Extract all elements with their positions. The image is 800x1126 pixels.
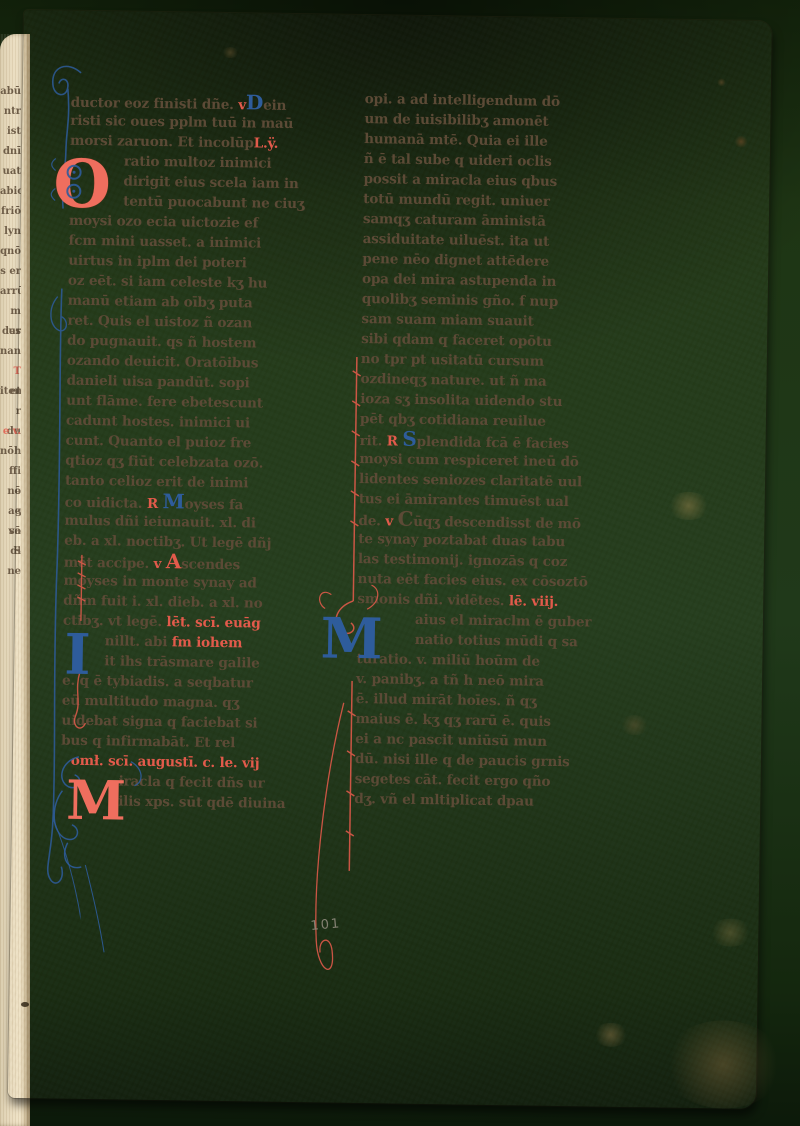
body-text: mēt accipe. [64, 555, 154, 572]
body-text: tus ei āmirantes timuēst ual [359, 491, 569, 510]
rubric-text: R [387, 433, 403, 449]
text-line: uat [0, 162, 21, 182]
body-text: nuta eēt facies eius. ex cōsoztō [357, 571, 587, 590]
decorated-initial-m-right: M [320, 610, 379, 667]
body-text: ist [7, 126, 21, 137]
body-text: turatio. v. miliū hoūm de [356, 651, 540, 670]
body-text: manū etiam ab oībʒ puta [68, 293, 253, 312]
body-text: dʒ. vñ el mltiplicat dpau [354, 791, 534, 810]
body-text: aius el miraclm ē guber [415, 612, 592, 631]
body-text: dirigit eius scela iam in [123, 173, 298, 192]
body-text: ioza sʒ insolita uidendo stu [360, 391, 562, 410]
body-text: ilis xps. sūt qdē diuina [118, 793, 285, 811]
rubric-text: lē. viij. [509, 593, 559, 610]
body-text: abū [0, 86, 21, 97]
photo-background: abūntristdnīuatabicfriōlynqnōs erarrūm u… [0, 0, 800, 1126]
body-text: ratio multoz inimici [124, 153, 272, 171]
stain [221, 47, 239, 58]
body-text: ntr [4, 106, 21, 117]
body-text: no tpr pt usitatū cursum [361, 351, 544, 370]
text-line: des [0, 322, 21, 342]
stain [663, 1020, 784, 1110]
body-text: ñ ē tal sube q uideri oclis [364, 151, 552, 170]
body-text: quolibʒ seminis gño. f nup [362, 291, 559, 310]
initial-o-letter: O [53, 144, 112, 223]
body-text: moyses in monte synay ad [63, 573, 256, 592]
decorated-initial-o: O [53, 150, 111, 217]
body-text: it ihs trāsmare galile [104, 653, 260, 671]
body-text: totū mundū regit. uniuer [363, 191, 550, 210]
body-text: arrū [0, 286, 21, 297]
body-text: dñm fuit i. xl. dieb. a xl. no [63, 593, 263, 612]
body-text: pēt qbʒ cotidiana reuilue [360, 411, 546, 430]
body-text: moysi cum respiceret ineū dō [359, 451, 579, 470]
body-text: mulus dñi ieiunauit. xl. di [64, 513, 256, 532]
body-text: de. [358, 513, 385, 529]
body-text: sibi qdam q faceret opōtu [361, 331, 552, 350]
body-text: tentū puocabunt ne ciuʒ [123, 193, 304, 212]
body-text: ē. illud mirāt hoīes. ñ qʒ [356, 691, 537, 710]
body-text: scendes [181, 556, 240, 573]
body-text: qtioz qʒ fiūt celebzata ozō. [65, 453, 263, 472]
body-text: ret. Quis el uistoz ñ ozan [67, 313, 252, 332]
body-text: ei a nc pascit uniūsū mun [355, 731, 547, 750]
body-text: um de iuisibilibʒ amonēt [364, 111, 548, 130]
body-text: unt flāme. fere ebetescunt [66, 393, 263, 412]
stain [593, 1023, 629, 1048]
inline-initial: M [162, 489, 184, 513]
rubric-text: L.ÿ. [254, 135, 279, 151]
body-text: co uidicta. [65, 495, 147, 512]
body-text: v. panibʒ. a tñ h neō mira [356, 671, 544, 690]
dust-speck [21, 1002, 29, 1007]
stain [708, 918, 752, 947]
body-text: abic [0, 186, 21, 197]
text-line: abic [0, 182, 21, 202]
body-text: cunt. Quanto el puioz fre [65, 433, 251, 452]
body-text: maius ē. kʒ qʒ rarū ē. quis [355, 711, 550, 730]
body-text: humanā mtē. Quia ei ille [364, 131, 548, 150]
body-text: pene nēo dignet attēdere [362, 251, 549, 270]
body-text: iracla q fecit dñs ur [118, 773, 264, 791]
text-line: abū [0, 82, 21, 102]
body-text: uat [3, 166, 21, 177]
body-text: oyses fa [184, 496, 243, 513]
body-text: C [397, 507, 413, 531]
rubric-text: v [153, 556, 165, 572]
rubric-text: R [147, 496, 163, 512]
text-line: dʒ. vñ el mltiplicat dpau [354, 789, 664, 814]
decorated-initial-m-left: M [66, 773, 123, 828]
body-text: las testimonij. ignozās q coz [358, 551, 568, 570]
body-text: ein [263, 98, 286, 114]
body-text: possit a miracla eius qbus [363, 171, 557, 190]
body-text: sam suam miam suauit [361, 311, 533, 330]
text-line: friō [0, 202, 21, 222]
body-text: fcm mini uasset. a inimici [68, 233, 261, 252]
body-text: cadunt hostes. inimici ui [66, 413, 250, 432]
body-text: uidebat signa q faciebat si [61, 713, 257, 732]
inline-initial: S [402, 427, 417, 451]
text-line: ist [0, 122, 21, 142]
rubric-text: fm iohem [172, 634, 243, 651]
text-line: s er [0, 262, 21, 282]
body-text: natio totius mūdi q sa [415, 632, 578, 650]
body-text: friō [1, 206, 21, 217]
body-text: segetes cāt. fecit ergo qño [355, 771, 551, 790]
body-text: assiduitate uiluēst. ita ut [363, 231, 550, 250]
body-text: nan [0, 346, 21, 357]
body-text: qnō [0, 246, 21, 257]
body-text: dnī [3, 146, 21, 157]
body-text: nillt. abi [105, 633, 172, 650]
folio-number-pencil: 101 [310, 916, 342, 934]
body-text: opi. a ad intelligendum dō [365, 91, 560, 110]
body-text: te synay poztabat duas tabu [358, 531, 565, 550]
rubric-text: v [385, 513, 397, 529]
stain [734, 136, 748, 148]
body-text: risti sic oues pplm tuū in maū [70, 113, 293, 132]
text-line: qnō [0, 242, 21, 262]
stain [717, 78, 726, 86]
body-text: tanto celioz erit de inimi [65, 473, 248, 492]
text-line: arrū [0, 282, 21, 302]
body-text: opa dei mira astupenda in [362, 271, 556, 290]
body-text: e. q ē tybiadis. a seqbatur [62, 673, 253, 692]
text-line: m ur [0, 302, 21, 322]
text-line: ntr [0, 102, 21, 122]
rubric-text: A [166, 549, 182, 573]
body-text: do pugnauit. qs ñ hostem [67, 333, 257, 352]
rubric-text: lēt. scī. euāg [166, 614, 260, 631]
body-text: samqʒ caturam āministā [363, 211, 546, 230]
inline-initial: D [246, 90, 264, 114]
text-line: lyn [0, 222, 21, 242]
body-text: danieli uisa pandūt. sopi [66, 373, 249, 392]
body-text: des [2, 326, 21, 337]
body-text: lyn [4, 226, 21, 237]
manuscript-page: ductor eoz finisti dñe. vDeinristi sic o… [8, 10, 772, 1109]
body-text: ozando deuicit. Oratōibus [67, 353, 259, 372]
body-text: dū. nisi ille q de paucis grnis [355, 751, 570, 770]
body-text: rit. [360, 433, 387, 449]
right-text-column: opi. a ad intelligendum dōum de iuisibil… [354, 89, 675, 814]
body-text: lidentes seniozes claritatē uul [359, 471, 582, 490]
decorated-initial-i: I [64, 627, 91, 683]
body-text: ozdineqʒ nature. ut ñ ma [360, 371, 546, 390]
body-text: bus q infirmabāt. Et rel [61, 733, 235, 752]
body-text: uirtus in iplm dei poteri [68, 253, 247, 272]
body-text: eū multitudo magna. qʒ [62, 693, 240, 712]
body-text: smonis dñi. vidētes. [357, 591, 509, 609]
text-line: dnī [0, 142, 21, 162]
body-text: s er [0, 266, 21, 277]
body-text: oz eēt. si iam celeste kʒ hu [68, 273, 268, 292]
stain [667, 492, 711, 521]
